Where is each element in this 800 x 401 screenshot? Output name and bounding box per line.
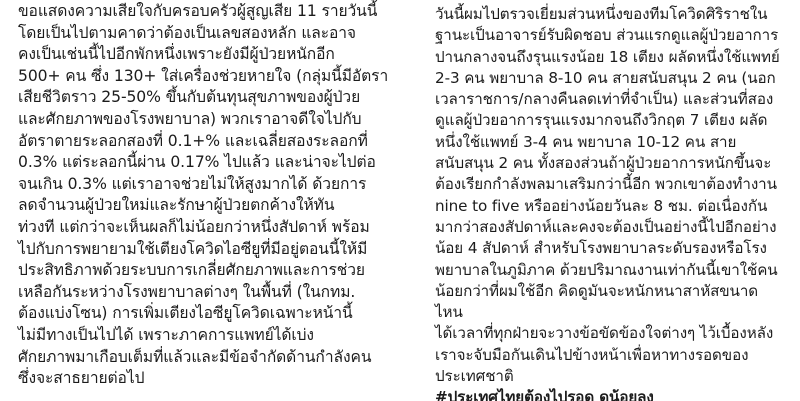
post-text-line: วันนี้ผมไปตรวจเยี่ยมส่วนหนึ่งของทีมโควิด…	[435, 4, 800, 25]
post-text-line: มากว่าสองสัปดาห์และคงจะต้องเป็นอย่างนี้ไ…	[435, 217, 800, 238]
post-text-line: ลดจำนวนผู้ป่วยใหม่และรักษาผู้ป่วยตกค้างใ…	[18, 195, 418, 217]
post-text-line: และศักยภาพของโรงพยาบาล) พวกเราอาจดีใจไปก…	[18, 109, 418, 131]
post-text-line: โดยเป็นไปตามคาดว่าต้องเป็นเลขสองหลัก และ…	[18, 23, 418, 45]
hashtag-see-less-link[interactable]: #ประเทศไทยต้องไปรอด ดูน้อยลง	[435, 387, 800, 401]
post-text-line: 2-3 คน พยาบาล 8-10 คน สายสนับสนุน 2 คน (…	[435, 68, 800, 89]
post-text-line: 500+ คน ซึ่ง 130+ ใส่เครื่องช่วยหายใจ (ก…	[18, 66, 418, 88]
post-text-line: ขอแสดงความเสียใจกับครอบครัวผู้สูญเสีย 11…	[18, 1, 418, 23]
post-text-line: ไม่มีทางเป็นไปได้ เพราะภาคการแพทย์ได้เบ่…	[18, 325, 418, 347]
post-text-line: อัตราตายระลอกสองที่ 0.1+% และเฉลี่ยสองระ…	[18, 131, 418, 153]
post-text-line: ท่วงที แต่กว่าจะเห็นผลก็ไม่น้อยกว่าหนึ่ง…	[18, 217, 418, 239]
post-text-line: เสียชีวิตราว 25-50% ขึ้นกับต้นทุนสุขภาพข…	[18, 87, 418, 109]
post-text-line: เวลาราชการ/กลางคืนลดเท่าที่จำเป็น) และส่…	[435, 89, 800, 110]
post-text-line: น้อย 4 สัปดาห์ สำหรับโรงพยาบาลระดับรองหร…	[435, 238, 800, 259]
post-text-line: ต้องเรียกกำลังพลมาเสริมกว่านี้อีก พวกเขา…	[435, 174, 800, 195]
post-text-line: จนเกิน 0.3% แต่เราอาจช่วยไม่ให้สูงมากได้…	[18, 174, 418, 196]
post-text-line: ประเทศชาติ	[435, 366, 800, 387]
post-text-line: ไปกับการพยายามใช้เตียงโควิดไอซียูที่มีอย…	[18, 239, 418, 261]
post-text-line: ต้องแบ่งโซน) การเพิ่มเตียงไอซียูโควิดเฉพ…	[18, 303, 418, 325]
post-text-line: 0.3% แต่ระลอกนี้ผ่าน 0.17% ไปแล้ว และน่า…	[18, 152, 418, 174]
post-text-line: ได้เวลาที่ทุกฝ่ายจะวางข้อขัดข้องใจต่างๆ …	[435, 323, 800, 344]
post-text-line: ไหน	[435, 302, 800, 323]
post-text-line: ประสิทธิภาพด้วยระบบการเกลี่ยศักยภาพและกา…	[18, 260, 418, 282]
post-text-line: ปานกลางจนถึงรุนแรงน้อย 18 เตียง ผลัดหนึ่…	[435, 47, 800, 68]
post-text-line: ฐานะเป็นอาจารย์รับผิดชอบ ส่วนแรกดูแลผู้ป…	[435, 25, 800, 46]
post-text-line: เราจะจับมือกันเดินไปข้างหน้าเพื่อหาทางรอ…	[435, 345, 800, 366]
post-text-line: สนับสนุน 2 คน ทั้งสองส่วนถ้าผู้ป่วยอาการ…	[435, 153, 800, 174]
post-text-line: ซึ่งจะสาธยายต่อไป	[18, 368, 418, 390]
post-text-line: เหลือกันระหว่างโรงพยาบาลต่างๆ ในพื้นที่ …	[18, 282, 418, 304]
post-text-line: พยาบาลในภูมิภาค ด้วยปริมาณงานเท่ากันนี้เ…	[435, 260, 800, 281]
post-text-line: ศักยภาพมาเกือบเต็มที่แล้วและมีข้อจำกัดด้…	[18, 347, 418, 369]
left-post-text: ขอแสดงความเสียใจกับครอบครัวผู้สูญเสีย 11…	[0, 0, 418, 401]
post-text-line: น้อยกว่าที่ผมใช้อีก คิดดูมันจะหนักหนาสาห…	[435, 281, 800, 302]
post-text-line: คงเป็นเช่นนี้ไปอีกพักหนึ่งเพราะยังมีผู้ป…	[18, 44, 418, 66]
right-post-text: วันนี้ผมไปตรวจเยี่ยมส่วนหนึ่งของทีมโควิด…	[418, 0, 800, 401]
post-text-line: nine to five หรืออย่างน้อยวันละ 8 ชม. ต่…	[435, 196, 800, 217]
post-text-line: หนึ่งใช้แพทย์ 3-4 คน พยาบาล 10-12 คน สาย	[435, 132, 800, 153]
post-screenshot-collage: ขอแสดงความเสียใจกับครอบครัวผู้สูญเสีย 11…	[0, 0, 800, 401]
post-text-line: ดูแลผู้ป่วยอาการรุนแรงมากจนถึงวิกฤต 7 เต…	[435, 110, 800, 131]
